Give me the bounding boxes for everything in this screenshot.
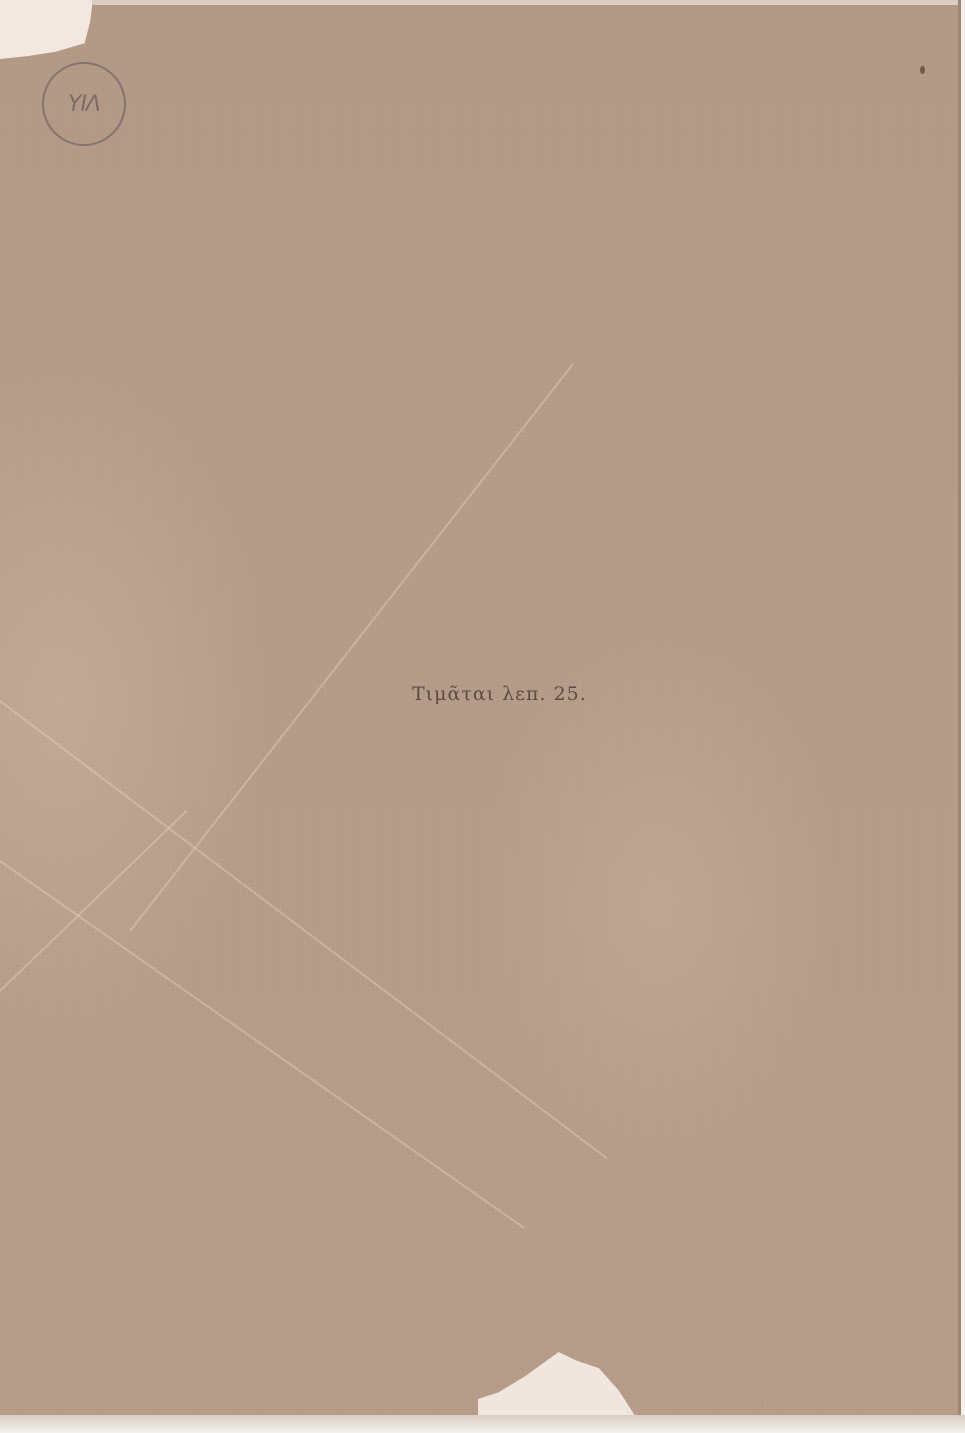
top-edge: [90, 0, 958, 5]
pencil-annotation-text: ΥΙΛ: [68, 92, 100, 117]
page-stack-edge: [0, 1415, 965, 1433]
price-line: Τιμᾶται λεπ. 25.: [412, 683, 587, 705]
back-cover: ΥΙΛ Τιμᾶται λεπ. 25.: [0, 0, 961, 1428]
paper-texture: [0, 0, 958, 1426]
pencil-circled-annotation: ΥΙΛ: [42, 62, 126, 146]
stain-spot: [920, 66, 925, 74]
